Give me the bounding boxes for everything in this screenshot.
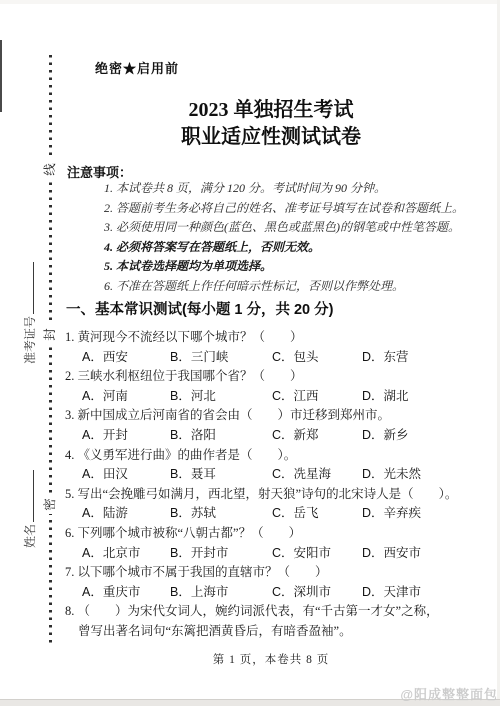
question-stem: 8. （ ）为宋代女词人，婉约词派代表，有“千古第一才女”之称，	[65, 602, 485, 622]
question-options: A．西安 B．三门峡 C．包头 D．东营	[65, 348, 485, 368]
question-option: B．河北	[170, 387, 272, 407]
paper-title-line2: 职业适应性测试试卷	[62, 124, 480, 151]
seal-char-feng: 封	[41, 325, 60, 344]
question-option: B．苏轼	[170, 504, 272, 524]
question-option: D．湖北	[362, 387, 485, 407]
notice-item: 5. 本试卷选择题均为单项选择。	[104, 257, 484, 277]
question-option: A．西安	[82, 348, 170, 368]
name-label: 姓名	[22, 436, 38, 548]
question-option: D．辛弃疾	[362, 504, 485, 524]
question-stem: 1. 黄河现今不流经以下哪个城市？（ ）	[65, 328, 485, 348]
notice-item: 3. 必须使用同一种颜色(蓝色、黑色或蓝黑色)的钢笔或中性笔答题。	[104, 218, 484, 238]
page-footer: 第 1 页，本卷共 8 页	[62, 651, 480, 667]
question-stem-continued: 曾写出著名词句“东篱把酒黄昏后，有暗香盈袖”。	[65, 622, 485, 642]
question-stem: 2. 三峡水利枢纽位于我国哪个省？（ ）	[65, 367, 485, 387]
question-option: C．包头	[272, 348, 362, 368]
section-heading: 一、基本常识测试(每小题 1 分，共 20 分)	[66, 298, 333, 319]
question-stem: 5. 写出“会挽雕弓如满月，西北望，射天狼”诗句的北宋诗人是（ ）。	[65, 485, 485, 505]
question-option: C．冼星海	[272, 465, 362, 485]
question-options: A．陆游 B．苏轼 C．岳飞 D．辛弃疾	[65, 504, 485, 524]
question-option: C．江西	[272, 387, 362, 407]
question-option: A．河南	[82, 387, 170, 407]
question-list: 1. 黄河现今不流经以下哪个城市？（ ） A．西安 B．三门峡 C．包头 D．东…	[65, 328, 485, 642]
exam-paper: { "seal": { "chars": ["线", "封", "密"], "e…	[0, 0, 500, 706]
name-blank	[22, 470, 34, 522]
seal-char-xian: 线	[41, 160, 60, 179]
notice-item: 1. 本试卷共 8 页，满分 120 分。考试时间为 90 分钟。	[104, 179, 484, 199]
question-option: D．西安市	[362, 544, 485, 564]
question-options: A．开封 B．洛阳 C．新郑 D．新乡	[65, 426, 485, 446]
question-option: D．天津市	[362, 583, 485, 603]
notice-item: 6. 不准在答题纸上作任何暗示性标记，否则以作弊处理。	[104, 277, 484, 297]
classification-label: 绝密★启用前	[95, 58, 179, 77]
exam-number-label: 准考证号	[22, 236, 38, 364]
question-option: D．光未然	[362, 465, 485, 485]
question-option: B．开封市	[170, 544, 272, 564]
question-option: B．上海市	[170, 583, 272, 603]
question-option: B．洛阳	[170, 426, 272, 446]
question-options: A．北京市 B．开封市 C．安阳市 D．西安市	[65, 544, 485, 564]
question-option: C．安阳市	[272, 544, 362, 564]
seal-char-mi: 密	[41, 495, 60, 514]
name-label-text: 姓名	[23, 524, 37, 548]
paper-title-line1: 2023 单独招生考试	[62, 97, 480, 124]
exam-number-label-text: 准考证号	[23, 316, 37, 364]
question-stem: 7. 以下哪个城市不属于我国的直辖市？（ ）	[65, 563, 485, 583]
question-option: A．陆游	[82, 504, 170, 524]
question-option: A．重庆市	[82, 583, 170, 603]
page-top-edge	[0, 0, 500, 4]
question-option: C．新郑	[272, 426, 362, 446]
question-option: A．开封	[82, 426, 170, 446]
question-options: A．重庆市 B．上海市 C．深圳市 D．天津市	[65, 583, 485, 603]
notice-item: 2. 答题前考生务必将自己的姓名、准考证号填写在试卷和答题纸上。	[104, 199, 484, 219]
question-option: C．岳飞	[272, 504, 362, 524]
notice-item: 4. 必须将答案写在答题纸上，否则无效。	[104, 238, 484, 258]
question-stem: 3. 新中国成立后河南省的省会由（ ）市迁移到郑州市。	[65, 406, 485, 426]
watermark: @阳成整整面包	[400, 684, 498, 703]
paper-title: 2023 单独招生考试 职业适应性测试试卷	[62, 97, 480, 151]
question-option: D．东营	[362, 348, 485, 368]
question-option: C．深圳市	[272, 583, 362, 603]
notice-list: 1. 本试卷共 8 页，满分 120 分。考试时间为 90 分钟。 2. 答题前…	[104, 179, 484, 296]
question-option: B．聂耳	[170, 465, 272, 485]
question-options: A．田汉 B．聂耳 C．冼星海 D．光未然	[65, 465, 485, 485]
question-option: A．北京市	[82, 544, 170, 564]
question-option: D．新乡	[362, 426, 485, 446]
question-stem: 4. 《义勇军进行曲》的曲作者是（ ）。	[65, 446, 485, 466]
question-option: B．三门峡	[170, 348, 272, 368]
question-stem: 6. 下列哪个城市被称“八朝古都”？（ ）	[65, 524, 485, 544]
question-option: A．田汉	[82, 465, 170, 485]
page-left-edge-shadow	[0, 40, 2, 112]
seal-dotted-line	[49, 55, 52, 647]
question-options: A．河南 B．河北 C．江西 D．湖北	[65, 387, 485, 407]
exam-number-blank	[22, 262, 34, 314]
